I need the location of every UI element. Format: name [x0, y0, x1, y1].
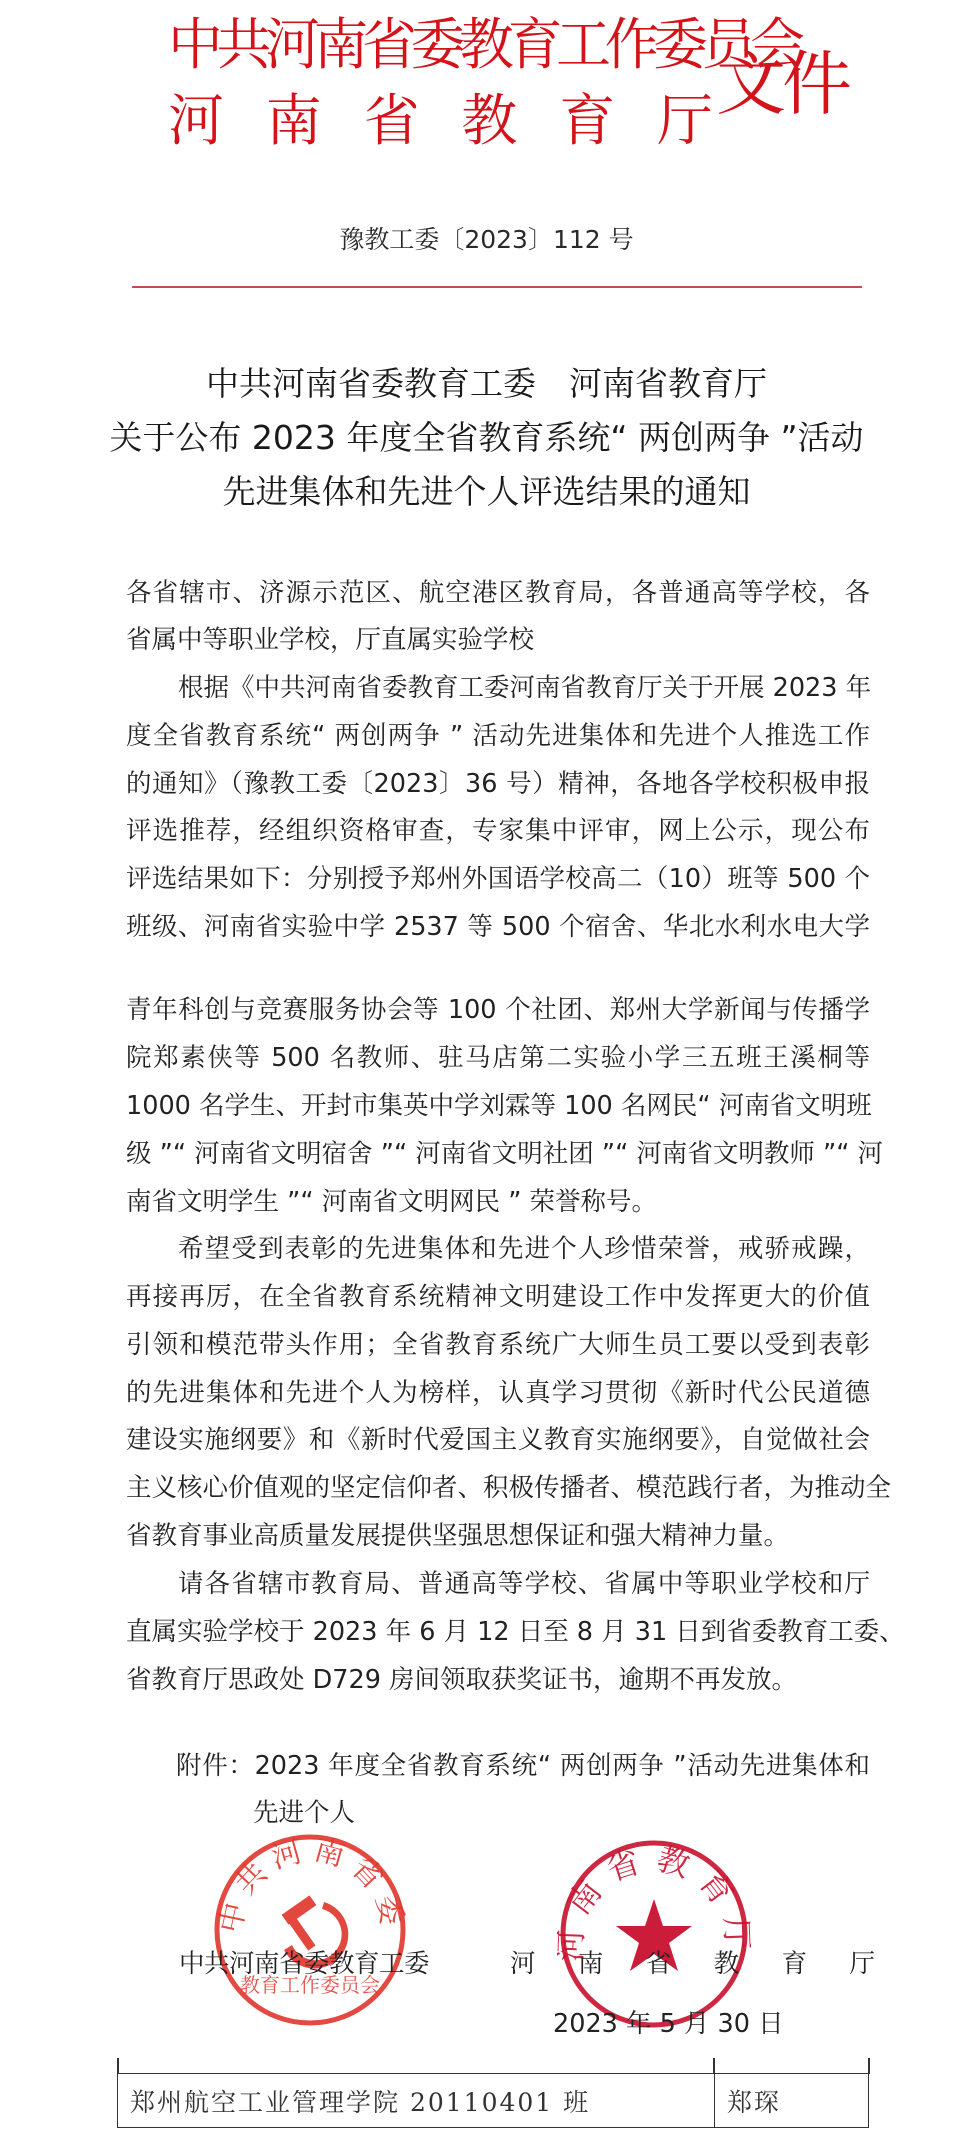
body-line: 根据《中共河南省委教育工委河南省教育厅关于开展 2023 年	[178, 672, 870, 704]
issuer-char: 南	[266, 90, 322, 154]
table-border	[713, 2058, 715, 2074]
body-line: 省教育厅思政处 D729 房间领取获奖证书，逾期不再发放。	[126, 1664, 870, 1696]
table-border	[117, 2058, 119, 2074]
signature-department: 河 南 省 教 育 厅	[510, 1948, 875, 1980]
document-number: 豫教工委〔2023〕112 号	[0, 224, 973, 256]
body-line: 请各省辖市教育局、普通高等学校、省属中等职业学校和厅	[178, 1568, 870, 1600]
svg-text:中共河南省委: 中共河南省委	[213, 1832, 408, 1936]
body-line: 度全省教育系统“ 两创两争 ” 活动先进集体和先进个人推选工作	[126, 720, 870, 752]
title-line-3: 先进集体和先进个人评选结果的通知	[0, 472, 973, 512]
body-line: 省教育事业高质量发展提供坚强思想保证和强大精神力量。	[126, 1520, 870, 1552]
body-line: 引领和模范带头作用；全省教育系统广大师生员工要以受到表彰	[126, 1329, 870, 1361]
seal-graphic-icon: 中共河南省委 教育工作委员会	[212, 1832, 408, 2028]
signature-char: 河	[510, 1948, 536, 1980]
body-line: 的通知》（豫教工委〔2023〕36 号）精神，各地各学校积极申报	[126, 768, 870, 800]
signature-char: 省	[646, 1948, 672, 1980]
issuer-char: 厅	[657, 90, 713, 154]
table-border	[868, 2058, 870, 2074]
body-line: 再接再厉，在全省教育系统精神文明建设工作中发挥更大的价值	[126, 1281, 870, 1313]
body-line: 青年科创与竞赛服务协会等 100 个社团、郑州大学新闻与传播学	[126, 994, 870, 1026]
issuer-char: 育	[559, 90, 615, 154]
body-line: 建设实施纲要》和《新时代爱国主义教育实施纲要》，自觉做社会	[126, 1424, 870, 1456]
body-line: 希望受到表彰的先进集体和先进个人珍惜荣誉，戒骄戒躁，	[178, 1233, 870, 1265]
award-list-table: 郑州航空工业管理学院 20110401 班 郑琛	[117, 2073, 869, 2128]
issue-date: 2023 年 5 月 30 日	[553, 2008, 784, 2040]
seal-graphic-icon: 河南省教育厅	[557, 1837, 751, 2031]
body-line: 南省文明学生 ”“ 河南省文明网民 ” 荣誉称号。	[126, 1186, 870, 1218]
education-department-seal: 河南省教育厅	[557, 1837, 751, 2031]
body-line: 评选结果如下：分别授予郑州外国语学校高二（10）班等 500 个	[126, 863, 870, 895]
issuer-line-committee: 中共河南省委教育工作委员会	[168, 14, 697, 78]
body-line: 1000 名学生、开封市集英中学刘霖等 100 名网民“ 河南省文明班	[126, 1090, 870, 1122]
header-separator	[132, 286, 862, 288]
doc-type-label: 文件	[716, 44, 848, 124]
body-line: 各省辖市、济源示范区、航空港区教育局，各普通高等学校，各	[126, 577, 870, 609]
table-row: 郑州航空工业管理学院 20110401 班 郑琛	[118, 2074, 869, 2128]
body-line: 院郑素侠等 500 名教师、驻马店第二实验小学三五班王溪桐等	[126, 1042, 870, 1074]
signature-char: 教	[714, 1948, 740, 1980]
signature-char: 南	[578, 1948, 604, 1980]
signature-committee: 中共河南省委教育工委	[179, 1948, 429, 1980]
body-line: 级 ”“ 河南省文明宿舍 ”“ 河南省文明社团 ”“ 河南省文明教师 ”“ 河	[126, 1138, 870, 1170]
body-line: 主义核心价值观的坚定信仰者、积极传播者、模范践行者，为推动全	[126, 1472, 870, 1504]
attachment-line-1: 附件：2023 年度全省教育系统“ 两创两争 ”活动先进集体和	[176, 1750, 870, 1782]
issuer-char: 教	[461, 90, 517, 154]
body-line: 班级、河南省实验中学 2537 等 500 个宿舍、华北水利水电大学	[126, 911, 870, 943]
name-cell: 郑琛	[715, 2074, 869, 2128]
signature-char: 厅	[849, 1948, 875, 1980]
issuer-char: 省	[364, 90, 420, 154]
party-committee-seal: 中共河南省委 教育工作委员会	[212, 1832, 408, 2028]
signature-char: 育	[782, 1948, 808, 1980]
body-line: 的先进集体和先进个人为榜样，认真学习贯彻《新时代公民道德	[126, 1377, 870, 1409]
body-line: 直属实验学校于 2023 年 6 月 12 日至 8 月 31 日到省委教育工委…	[126, 1616, 870, 1648]
unit-cell: 郑州航空工业管理学院 20110401 班	[118, 2074, 715, 2128]
title-line-1: 中共河南省委教育工委 河南省教育厅	[0, 364, 973, 404]
issuer-char: 河	[168, 90, 224, 154]
body-line: 评选推荐，经组织资格审查，专家集中评审，网上公示，现公布	[126, 815, 870, 847]
body-line: 省属中等职业学校，厅直属实验学校	[126, 624, 870, 656]
title-line-2: 关于公布 2023 年度全省教育系统“ 两创两争 ”活动	[0, 418, 973, 458]
issuer-line-department: 河 南 省 教 育 厅	[168, 90, 713, 154]
attachment-line-2: 先进个人	[253, 1797, 355, 1829]
